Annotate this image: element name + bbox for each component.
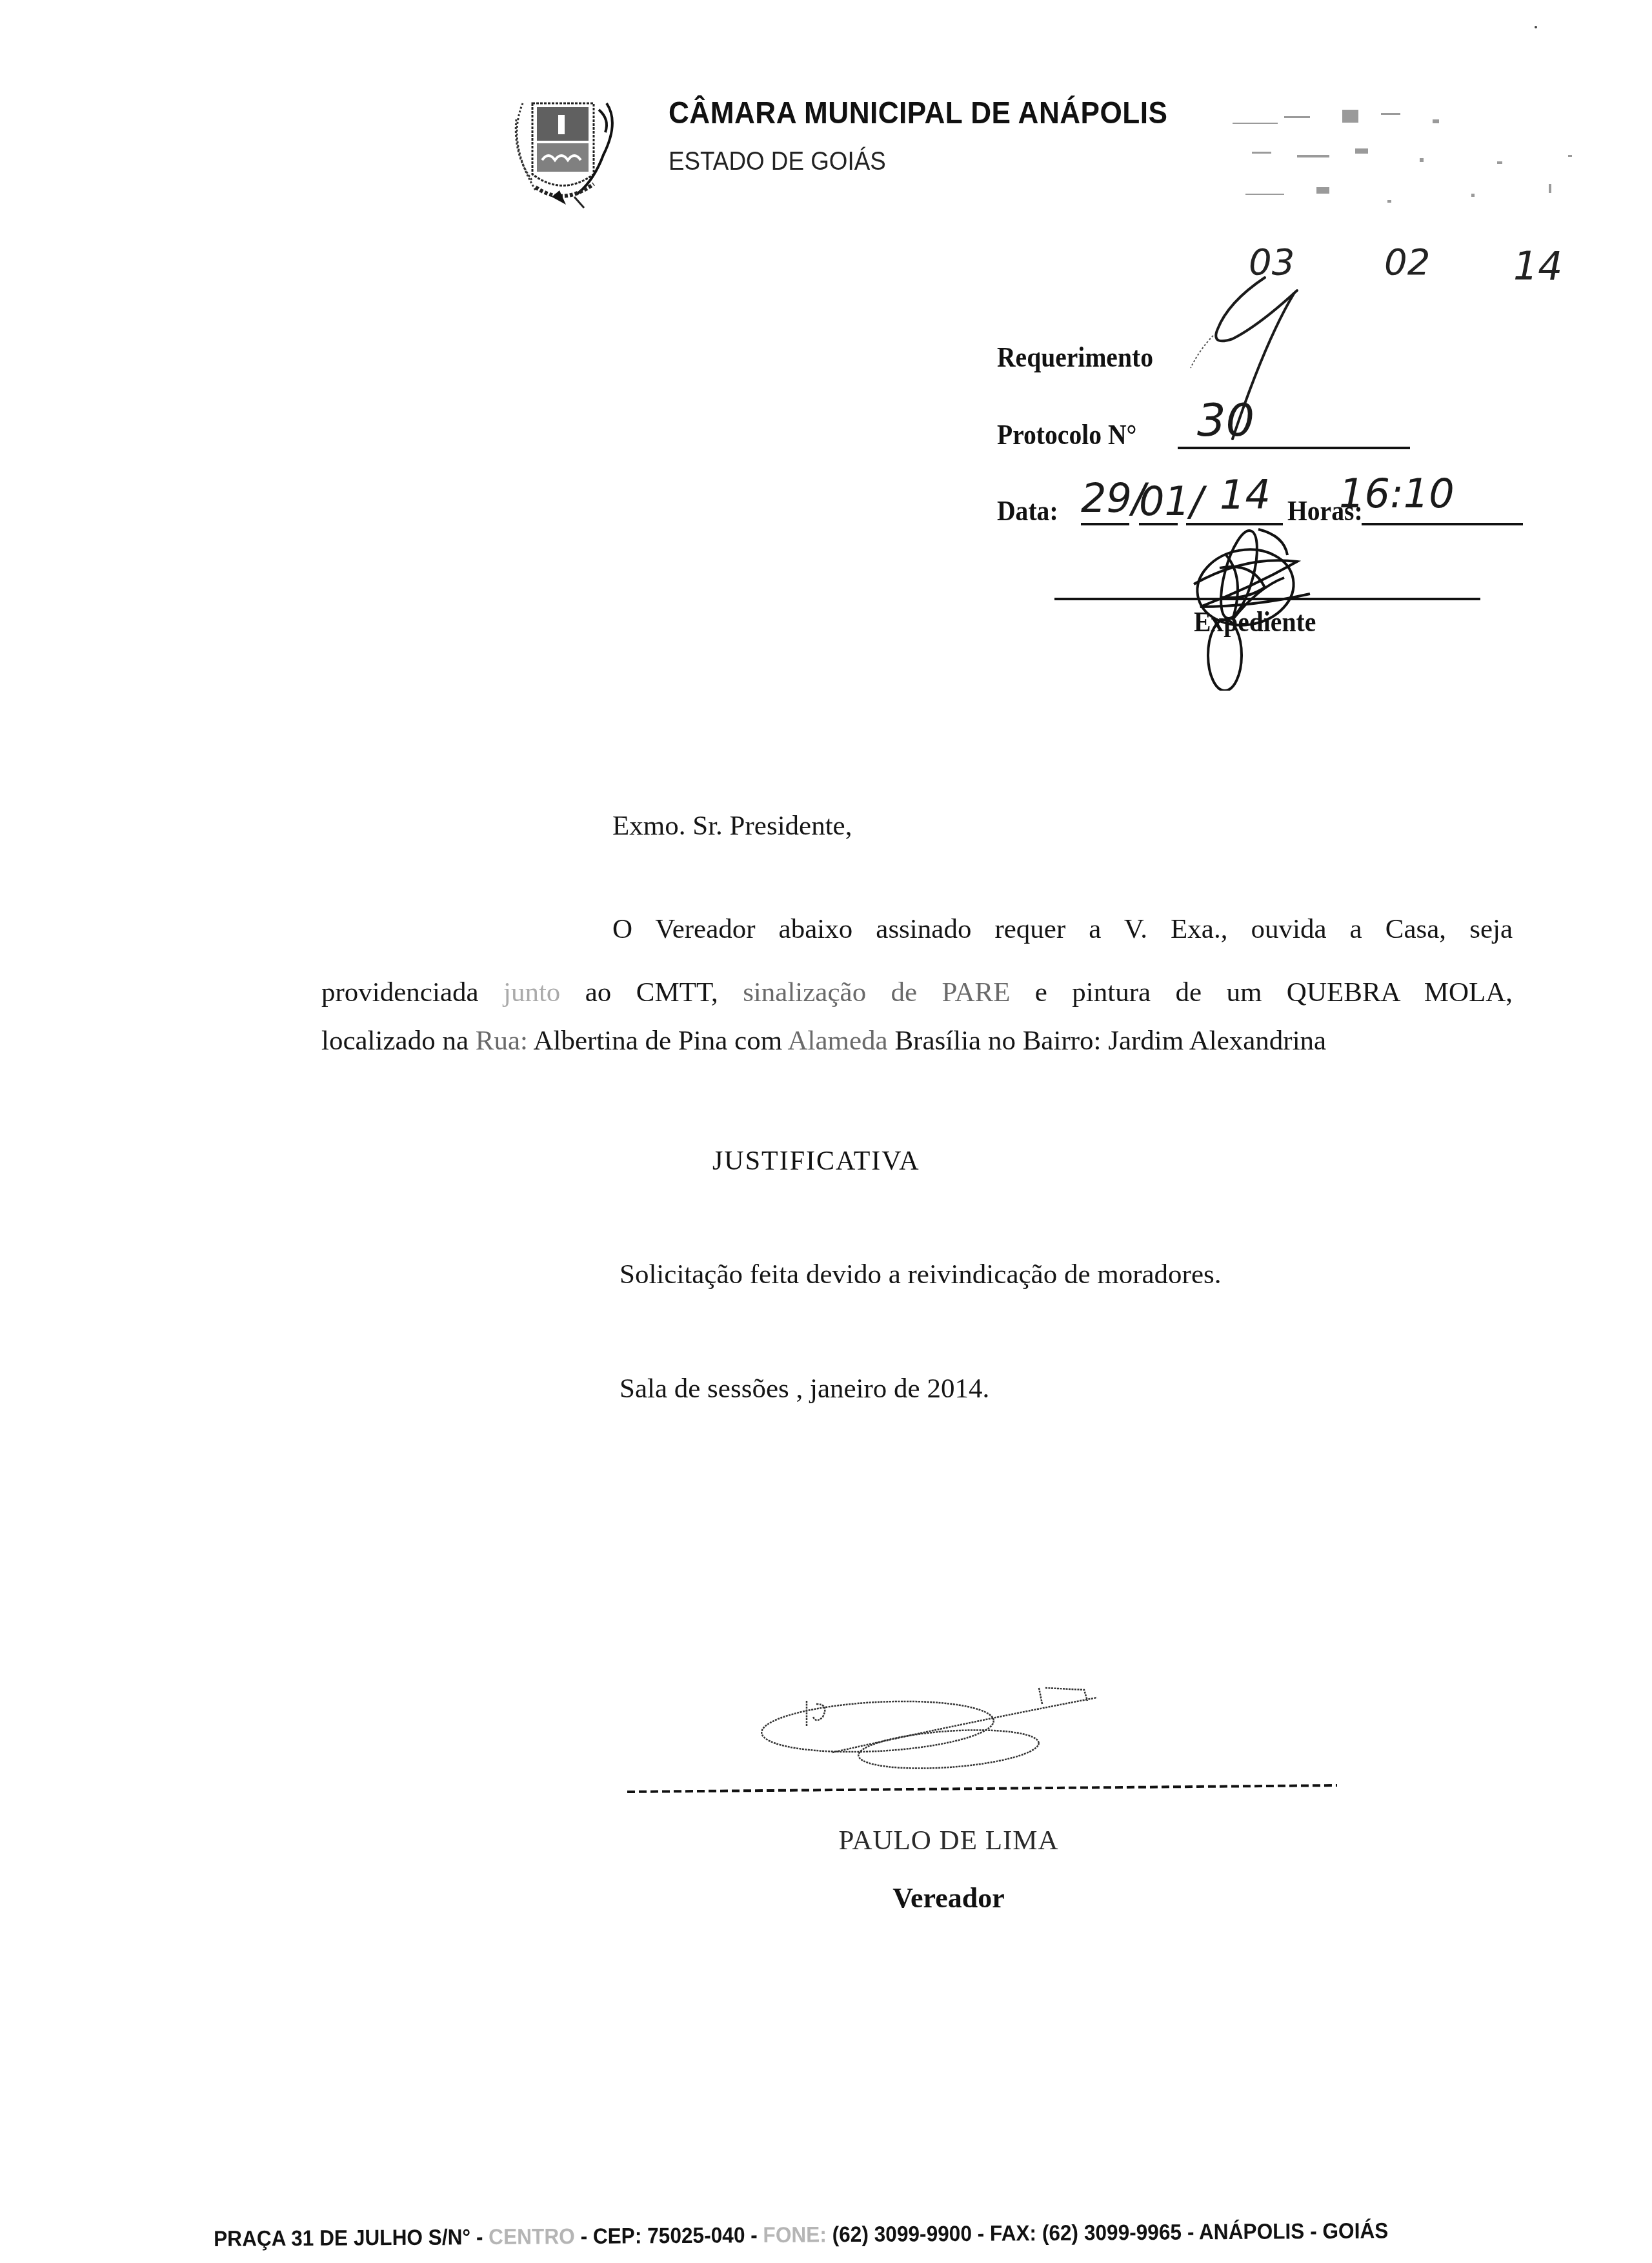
data-day-value: 29/ xyxy=(1081,474,1145,522)
faded-text-fragment: junto xyxy=(503,977,560,1008)
state-name: ESTADO DE GOIÁS xyxy=(669,147,886,176)
signer-role: Vereador xyxy=(820,1882,1078,1914)
closing-line: Sala de sessões , janeiro de 2014. xyxy=(619,1373,989,1405)
text-fragment: Albertina de Pina com xyxy=(533,1026,782,1056)
clerk-signature xyxy=(1149,516,1368,691)
justification-text: Solicitação feita devido a reivindicação… xyxy=(619,1259,1221,1290)
salutation: Exmo. Sr. Presidente, xyxy=(612,810,852,842)
justification-heading: JUSTIFICATIVA xyxy=(712,1146,920,1177)
request-paragraph-line-2: providenciada junto ao CMTT, sinalização… xyxy=(321,977,1513,1008)
data-label: Data: xyxy=(997,494,1058,527)
horas-value: 16:10 xyxy=(1339,470,1455,517)
councilor-signature xyxy=(736,1685,1123,1775)
faded-text-fragment: sinalização de PARE xyxy=(743,977,1010,1008)
text-fragment: Brasília no Bairro: Jardim Alexandrina xyxy=(894,1026,1326,1056)
footer-phone-label: FONE: xyxy=(763,2222,827,2248)
footer-address-cep: - CEP: 75025-040 - xyxy=(580,2223,757,2249)
horas-underline xyxy=(1362,523,1523,525)
svg-text:02: 02 xyxy=(1384,241,1430,283)
data-year-value: 14 xyxy=(1220,471,1271,518)
faded-text-fragment: Alameda xyxy=(787,1026,887,1056)
text-fragment: providenciada xyxy=(321,977,479,1008)
text-fragment: ao CMTT, xyxy=(585,977,718,1008)
coat-of-arms-icon xyxy=(497,84,629,213)
faded-text-fragment: Rua: xyxy=(476,1026,528,1056)
text-fragment: localizado na xyxy=(321,1026,468,1056)
faded-stamp xyxy=(1226,97,1587,226)
footer-phone-fax-city: (62) 3099-9900 - FAX: (62) 3099-9965 - A… xyxy=(832,2218,1389,2247)
footer-address-district: CENTRO xyxy=(489,2224,575,2249)
protocolo-value: 30 xyxy=(1197,394,1254,447)
text-fragment: e pintura de um QUEBRA MOLA, xyxy=(1035,977,1513,1008)
svg-text:14: 14 xyxy=(1513,244,1562,289)
request-paragraph-line-3: localizado na Rua: Albertina de Pina com… xyxy=(321,1025,1326,1057)
requerimento-label: Requerimento xyxy=(997,341,1153,374)
data-day-underline xyxy=(1081,523,1129,525)
protocolo-label: Protocolo N° xyxy=(997,418,1136,451)
footer-address: PRAÇA 31 DE JULHO S/N° - CENTRO - CEP: 7… xyxy=(214,2218,1388,2252)
footer-address-street: PRAÇA 31 DE JULHO S/N° - xyxy=(214,2225,483,2251)
protocolo-underline xyxy=(1178,447,1410,449)
signature-line xyxy=(627,1783,1337,1794)
signer-name: PAULO DE LIMA xyxy=(820,1825,1078,1856)
request-paragraph-line-1: O Vereador abaixo assinado requer a V. E… xyxy=(612,913,1513,945)
institution-name: CÂMARA MUNICIPAL DE ANÁPOLIS xyxy=(669,96,1167,131)
scan-speck xyxy=(1535,26,1537,28)
